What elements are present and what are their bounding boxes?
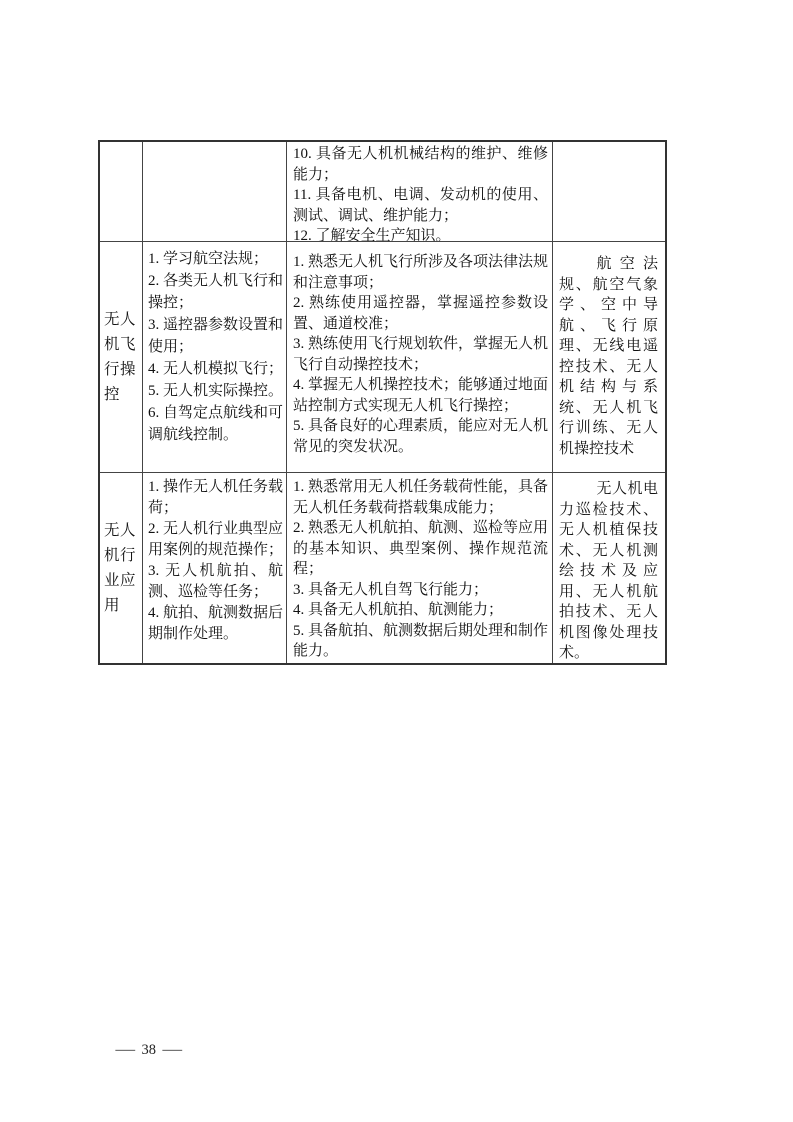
cell-r3-subjects: 无人机电力巡检技术、无人机植保技术、无人机测绘技术及应用、无人机航拍技术、无人机… [553,473,665,663]
page-footer: — 38 — [118,1042,180,1059]
category-label: 无人机行业应用 [104,518,138,618]
cell-r1-category [100,142,143,242]
document-page: 10. 具备无人机机械结构的维护、维修能力； 11. 具备电机、电调、发动机的使… [0,0,793,1122]
cell-r3-tasks: 1. 操作无人机任务载荷； 2. 无人机行业典型应用案例的规范操作； 3. 无人… [143,473,287,663]
competency-table: 10. 具备无人机机械结构的维护、维修能力； 11. 具备电机、电调、发动机的使… [98,140,667,665]
category-label: 无人机飞行操控 [104,307,138,407]
cell-r1-skills: 10. 具备无人机机械结构的维护、维修能力； 11. 具备电机、电调、发动机的使… [287,142,553,242]
cell-r2-skills: 1. 熟悉无人机飞行所涉及各项法律法规和注意事项； 2. 熟练使用遥控器，掌握遥… [287,242,553,473]
cell-r2-tasks: 1. 学习航空法规； 2. 各类无人机飞行和操控； 3. 遥控器参数设置和使用；… [143,242,287,473]
cell-r2-subjects: 航空法规、航空气象学、空中导航、飞行原理、无线电遥控技术、无人机结构与系统、无人… [553,242,665,473]
cell-r2-category: 无人机飞行操控 [100,242,143,473]
page-number: 38 [142,1042,157,1059]
cell-r3-category: 无人机行业应用 [100,473,143,663]
cell-r3-skills: 1. 熟悉常用无人机任务载荷性能，具备无人机任务载荷搭载集成能力； 2. 熟悉无… [287,473,553,663]
cell-r1-tasks [143,142,287,242]
cell-r1-subjects [553,142,665,242]
footer-dash-right: — [162,1042,182,1059]
footer-dash-left: — [115,1042,135,1059]
